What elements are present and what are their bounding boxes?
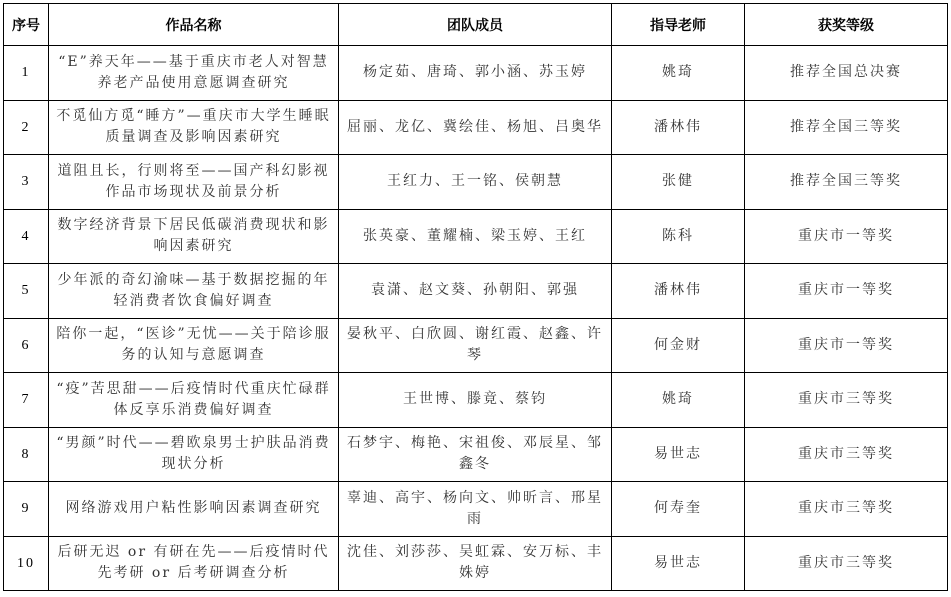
table-row: 4 数字经济背景下居民低碳消费现状和影响因素研究 张英豪、董耀楠、梁玉婷、王红 … xyxy=(4,209,948,264)
table-row: 8 “男颜”时代——碧欧泉男士护肤品消费现状分析 石梦宇、梅艳、宋祖俊、邓辰星、… xyxy=(4,427,948,482)
award-level: 重庆市三等奖 xyxy=(745,536,948,591)
row-num: 5 xyxy=(4,264,49,319)
work-title: 数字经济背景下居民低碳消费现状和影响因素研究 xyxy=(49,209,339,264)
table-row: 7 “疫”苦思甜——后疫情时代重庆忙碌群体反享乐消费偏好调查 王世博、滕竟、蔡钧… xyxy=(4,373,948,428)
advisor: 何金财 xyxy=(612,318,745,373)
advisor: 陈科 xyxy=(612,209,745,264)
table-row: 1 “E”养天年——基于重庆市老人对智慧养老产品使用意愿调查研究 杨定茹、唐琦、… xyxy=(4,46,948,101)
work-title: 陪你一起，“医诊”无忧——关于陪诊服务的认知与意愿调查 xyxy=(49,318,339,373)
team-members: 王红力、王一铭、侯朝慧 xyxy=(339,155,612,210)
table-row: 2 不觅仙方觅“睡方”—重庆市大学生睡眠质量调查及影响因素研究 屈丽、龙亿、冀绘… xyxy=(4,100,948,155)
award-level: 重庆市三等奖 xyxy=(745,373,948,428)
table-row: 3 道阻且长，行则将至——国产科幻影视作品市场现状及前景分析 王红力、王一铭、侯… xyxy=(4,155,948,210)
advisor: 姚琦 xyxy=(612,373,745,428)
award-level: 重庆市一等奖 xyxy=(745,209,948,264)
team-members: 王世博、滕竟、蔡钧 xyxy=(339,373,612,428)
team-members: 石梦宇、梅艳、宋祖俊、邓辰星、邹鑫冬 xyxy=(339,427,612,482)
row-num: 4 xyxy=(4,209,49,264)
team-members: 沈佳、刘莎莎、吴虹霖、安万标、丰姝婷 xyxy=(339,536,612,591)
row-num: 2 xyxy=(4,100,49,155)
advisor: 易世志 xyxy=(612,427,745,482)
advisor: 易世志 xyxy=(612,536,745,591)
team-members: 杨定茹、唐琦、郭小涵、苏玉婷 xyxy=(339,46,612,101)
awards-table: 序号 作品名称 团队成员 指导老师 获奖等级 1 “E”养天年——基于重庆市老人… xyxy=(3,3,948,591)
award-level: 推荐全国总决赛 xyxy=(745,46,948,101)
award-level: 重庆市三等奖 xyxy=(745,482,948,537)
header-num: 序号 xyxy=(4,4,49,46)
work-title: 道阻且长，行则将至——国产科幻影视作品市场现状及前景分析 xyxy=(49,155,339,210)
advisor: 潘林伟 xyxy=(612,264,745,319)
header-team: 团队成员 xyxy=(339,4,612,46)
award-level: 重庆市一等奖 xyxy=(745,318,948,373)
team-members: 张英豪、董耀楠、梁玉婷、王红 xyxy=(339,209,612,264)
team-members: 晏秋平、白欣圆、谢红霞、赵鑫、许琴 xyxy=(339,318,612,373)
row-num: 1 xyxy=(4,46,49,101)
table-row: 9 网络游戏用户粘性影响因素调查研究 辜迪、高宇、杨向文、帅昕言、邢星雨 何寿奎… xyxy=(4,482,948,537)
work-title: 网络游戏用户粘性影响因素调查研究 xyxy=(49,482,339,537)
row-num: 10 xyxy=(4,536,49,591)
advisor: 何寿奎 xyxy=(612,482,745,537)
header-title: 作品名称 xyxy=(49,4,339,46)
header-award: 获奖等级 xyxy=(745,4,948,46)
row-num: 7 xyxy=(4,373,49,428)
work-title: “E”养天年——基于重庆市老人对智慧养老产品使用意愿调查研究 xyxy=(49,46,339,101)
work-title: “疫”苦思甜——后疫情时代重庆忙碌群体反享乐消费偏好调查 xyxy=(49,373,339,428)
table-row: 10 后研无迟 or 有研在先——后疫情时代先考研 or 后考研调查分析 沈佳、… xyxy=(4,536,948,591)
table-row: 5 少年派的奇幻渝味—基于数据挖掘的年轻消费者饮食偏好调查 袁潇、赵文葵、孙朝阳… xyxy=(4,264,948,319)
work-title: 不觅仙方觅“睡方”—重庆市大学生睡眠质量调查及影响因素研究 xyxy=(49,100,339,155)
award-level: 重庆市三等奖 xyxy=(745,427,948,482)
team-members: 袁潇、赵文葵、孙朝阳、郭强 xyxy=(339,264,612,319)
team-members: 辜迪、高宇、杨向文、帅昕言、邢星雨 xyxy=(339,482,612,537)
row-num: 9 xyxy=(4,482,49,537)
work-title: 后研无迟 or 有研在先——后疫情时代先考研 or 后考研调查分析 xyxy=(49,536,339,591)
award-level: 推荐全国三等奖 xyxy=(745,100,948,155)
award-level: 推荐全国三等奖 xyxy=(745,155,948,210)
row-num: 8 xyxy=(4,427,49,482)
award-level: 重庆市一等奖 xyxy=(745,264,948,319)
row-num: 3 xyxy=(4,155,49,210)
work-title: “男颜”时代——碧欧泉男士护肤品消费现状分析 xyxy=(49,427,339,482)
advisor: 姚琦 xyxy=(612,46,745,101)
row-num: 6 xyxy=(4,318,49,373)
header-advisor: 指导老师 xyxy=(612,4,745,46)
advisor: 张健 xyxy=(612,155,745,210)
header-row: 序号 作品名称 团队成员 指导老师 获奖等级 xyxy=(4,4,948,46)
table-row: 6 陪你一起，“医诊”无忧——关于陪诊服务的认知与意愿调查 晏秋平、白欣圆、谢红… xyxy=(4,318,948,373)
advisor: 潘林伟 xyxy=(612,100,745,155)
team-members: 屈丽、龙亿、冀绘佳、杨旭、吕奥华 xyxy=(339,100,612,155)
work-title: 少年派的奇幻渝味—基于数据挖掘的年轻消费者饮食偏好调查 xyxy=(49,264,339,319)
